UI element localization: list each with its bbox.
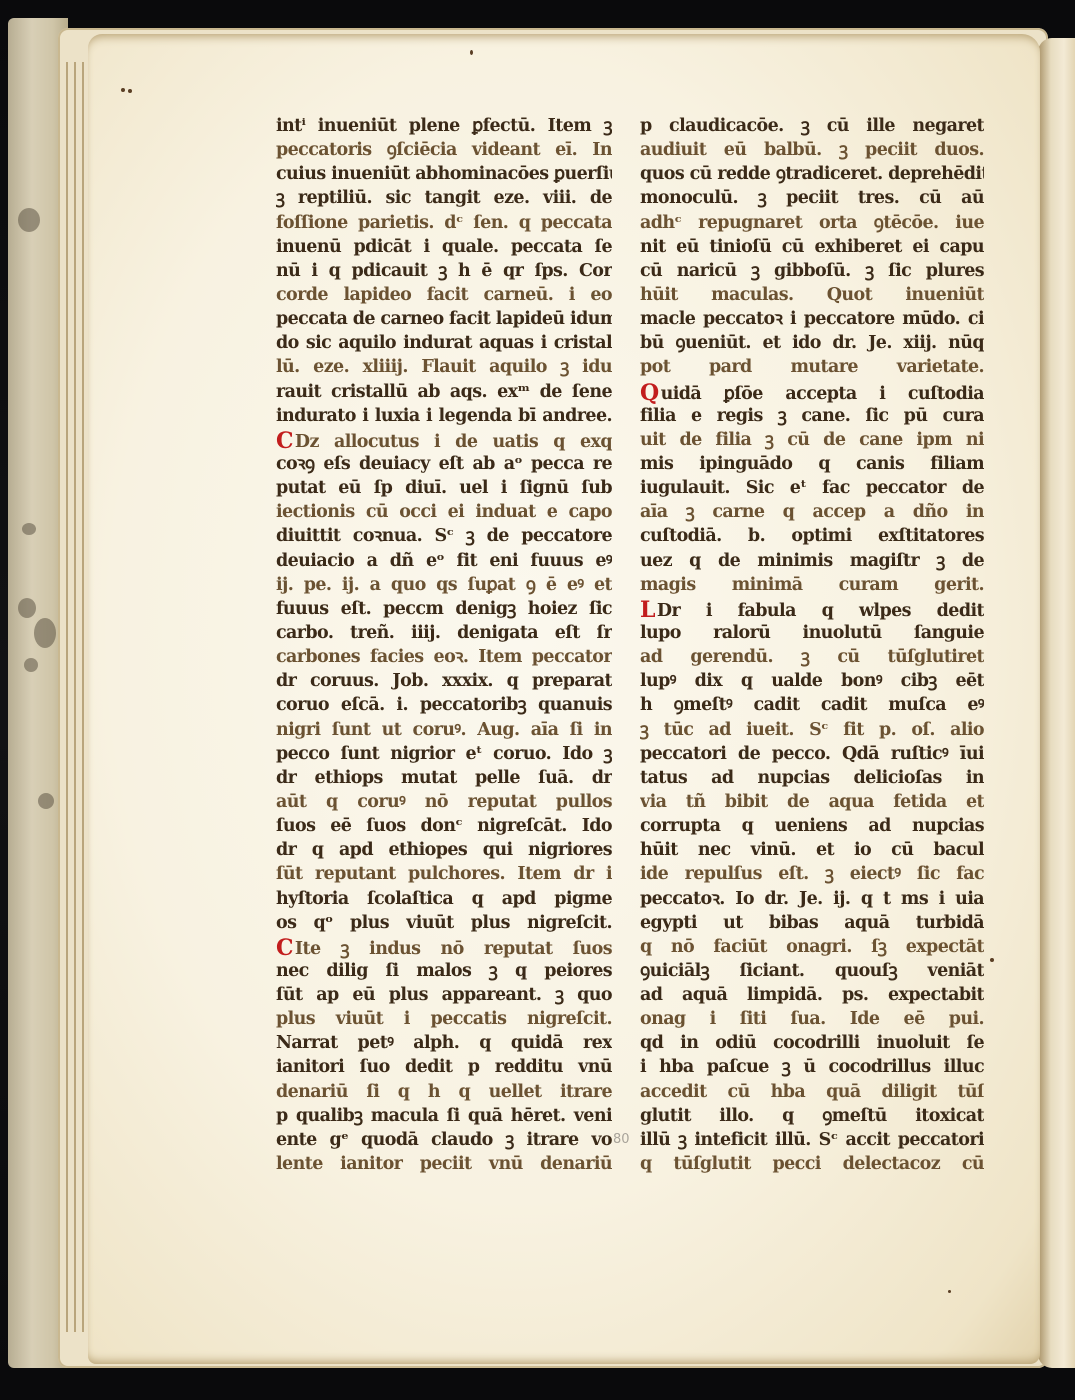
line-text: p qualibꝫ macula ſi quā hēret. veni <box>276 1106 612 1126</box>
manuscript-line: bū ꝯueniūt. et ido dr. Je. xiij. nūq <box>640 331 984 355</box>
manuscript-line: os qᵒ plus viuūt plus nigreſcit. <box>276 911 612 935</box>
line-text: egypti ut bibas aquā turbidā <box>640 913 984 933</box>
line-text: aīa ꝫ carne q accep a dño in <box>640 502 984 522</box>
line-text: os qᵒ plus viuūt plus nigreſcit. <box>276 913 612 933</box>
manuscript-line: filia e regis ꝫ cane. ſic pū cura <box>640 404 984 428</box>
manuscript-line: illū ꝫ inteficit illū. Sᶜ accit peccator… <box>640 1128 984 1152</box>
manuscript-line: Narrat petꝰ alph. q quidā rex <box>276 1031 612 1055</box>
line-text: Ite ꝫ indus nō reputat ſuos <box>295 939 612 959</box>
line-text: cū naricū ꝫ gibboſū. ꝫ ſic plures <box>640 261 984 281</box>
text-column-left: intⁱ inueniūt plene ꝑfectū. Item ꝫpeccat… <box>276 114 612 1176</box>
manuscript-line: glutit illo. q ꝯmeſtū itoxicat <box>640 1104 984 1128</box>
manuscript-line: qd in odiū cocodrilli inuoluit ſe <box>640 1031 984 1055</box>
line-text: uidā ꝑſōe accepta i cuſtodia <box>661 384 984 404</box>
line-text: uez q de minimis magiſtr ꝫ de <box>640 551 984 571</box>
line-text: ad gerendū. ꝫ cū tūſglutiret <box>640 647 984 667</box>
manuscript-line: accedit cū hba quā diligit tūſ <box>640 1080 984 1104</box>
manuscript-line: p qualibꝫ macula ſi quā hēret. veni <box>276 1104 612 1128</box>
line-text: fuuus eſt. peccm denigꝫ hoiez ſic <box>276 599 612 619</box>
facing-page-gutter <box>1038 38 1075 1368</box>
line-text: dr q apd ethiopes qui nigriores <box>276 840 612 860</box>
line-text: foſſione parietis. dᶜ ſen. q peccata <box>276 213 612 233</box>
line-text: ſuos eē ſuos donᶜ nigreſcāt. Ido <box>276 816 612 836</box>
manuscript-line: tatus ad nupcias delicioſas in <box>640 766 984 790</box>
manuscript-line: p claudicacōe. ꝫ cū ille negaret <box>640 114 984 138</box>
manuscript-line: LDr i fabula q wlpes dedit <box>640 597 984 621</box>
manuscript-line: ſūt ap eū plus appareant. ꝫ quo <box>276 983 612 1007</box>
page-edge-line <box>74 62 76 1332</box>
line-text: ianitori ſuo dedit p redditu vnū <box>276 1057 612 1077</box>
ink-speck <box>128 89 132 93</box>
binding-stain <box>34 618 56 648</box>
line-text: ꝯuiciālꝫ ſiciant. quouſꝫ veniāt <box>640 961 984 981</box>
manuscript-line: aīa ꝫ carne q accep a dño in <box>640 500 984 524</box>
line-text: lupo ralorū inuolutū ſanguie <box>640 623 984 643</box>
line-text: do sic aquilo indurat aquas i cristal <box>276 333 612 353</box>
manuscript-line: pecco ſunt nigrior eᵗ coruo. Ido ꝫ <box>276 742 612 766</box>
manuscript-line: iugulauit. Sic eᵗ fac peccator de <box>640 476 984 500</box>
manuscript-line: peccatori de pecco. Qdā ruſticꝰ īui <box>640 742 984 766</box>
line-text: Dr i fabula q wlpes dedit <box>657 601 984 621</box>
line-text: lū. eze. xliiij. Flauit aquilo ꝫ idu <box>276 357 612 377</box>
line-text: pecco ſunt nigrior eᵗ coruo. Ido ꝫ <box>276 744 612 764</box>
line-text: coꝛꝯ eſs deuiacy eſt ab aᵒ pecca re <box>276 454 612 474</box>
manuscript-line: diuittit coꝛnua. Sᶜ ꝫ de peccatore <box>276 524 612 548</box>
manuscript-line: Quidā ꝑſōe accepta i cuſtodia <box>640 380 984 404</box>
manuscript-line: mis ipinguādo q canis filiam <box>640 452 984 476</box>
manuscript-line: lupꝰ dix q ualde bonꝰ cibꝫ eēt <box>640 669 984 693</box>
manuscript-line: ſūt reputant pulchores. Item dr i <box>276 862 612 886</box>
line-text: nū i q pdicauit ꝫ h ē qr ſps. Cor <box>276 261 612 281</box>
manuscript-line: lente ianitor peciit vnū denariū <box>276 1152 612 1176</box>
ink-speck <box>470 50 473 55</box>
text-column-right: p claudicacōe. ꝫ cū ille negaretaudiuit … <box>640 114 984 1176</box>
manuscript-line: dr coruus. Job. xxxix. q preparat <box>276 669 612 693</box>
folio-number: 80 <box>613 1132 630 1147</box>
line-text: diuittit coꝛnua. Sᶜ ꝫ de peccatore <box>276 526 612 546</box>
ink-speck <box>990 958 994 962</box>
binding-stain <box>38 793 54 809</box>
manuscript-line: nec dilig ſi malos ꝫ q peiores <box>276 959 612 983</box>
line-text: plus viuūt i peccatis nigreſcit. <box>276 1009 612 1029</box>
line-text: ente gᵉ quodā claudo ꝫ itrare vo <box>276 1130 612 1150</box>
manuscript-line: ad gerendū. ꝫ cū tūſglutiret <box>640 645 984 669</box>
manuscript-line: onag i ſiti ſua. Ide eē pui. <box>640 1007 984 1031</box>
manuscript-line: h ꝯmeſtꝰ cadit cadit muſca eꝰ <box>640 693 984 717</box>
manuscript-line: uez q de minimis magiſtr ꝫ de <box>640 549 984 573</box>
manuscript-line: audiuit eū balbū. ꝫ peciit duos. <box>640 138 984 162</box>
manuscript-line: hūit nec vinū. et io cū bacul <box>640 838 984 862</box>
manuscript-line: rauit cristallū ab aqs. exᵐ de ſene <box>276 380 612 404</box>
page-edge-line <box>82 62 84 1332</box>
line-text: via tñ bibit de aqua fetida et <box>640 792 984 812</box>
line-text: tatus ad nupcias delicioſas in <box>640 768 984 788</box>
manuscript-line: intⁱ inueniūt plene ꝑfectū. Item ꝫ <box>276 114 612 138</box>
line-text: quos cū redde ꝯtradiceret. deprehēdit <box>640 164 984 184</box>
manuscript-line: cuius inueniūt abhominacōes ꝑuerſiū <box>276 162 612 186</box>
line-text: hyſtoria ſcolaſtica q apd pigme <box>276 889 612 909</box>
manuscript-line: nigri ſunt ut coruꝰ. Aug. aīa ſi in <box>276 718 612 742</box>
line-text: putat eū ſp diuī. uel i ſignū ſub <box>276 478 612 498</box>
line-text: peccata de carneo facit lapideū idum <box>276 309 612 329</box>
line-text: ſūt ap eū plus appareant. ꝫ quo <box>276 985 612 1005</box>
line-text: glutit illo. q ꝯmeſtū itoxicat <box>640 1106 984 1126</box>
manuscript-line: monoculū. ꝫ peciit tres. cū aū <box>640 186 984 210</box>
binding-stain <box>18 208 40 232</box>
manuscript-line: corrupta q ueniens ad nupcias <box>640 814 984 838</box>
line-text: q tūſglutit pecci delectacoz cū <box>640 1154 984 1174</box>
manuscript-line: do sic aquilo indurat aquas i cristal <box>276 331 612 355</box>
manuscript-line: lū. eze. xliiij. Flauit aquilo ꝫ idu <box>276 355 612 379</box>
manuscript-line: via tñ bibit de aqua fetida et <box>640 790 984 814</box>
line-text: carbo. treñ. iiij. denigata eſt ſr <box>276 623 612 643</box>
line-text: lupꝰ dix q ualde bonꝰ cibꝫ eēt <box>640 671 984 691</box>
line-text: monoculū. ꝫ peciit tres. cū aū <box>640 188 984 208</box>
line-text: ſūt reputant pulchores. Item dr i <box>276 864 612 884</box>
line-text: qd in odiū cocodrilli inuoluit ſe <box>640 1033 984 1053</box>
manuscript-line: peccatoris ꝯſciēcia videant eī. In <box>276 138 612 162</box>
manuscript-line: i hba paſcue ꝫ ū cocodrillus illuc <box>640 1055 984 1079</box>
manuscript-line: ꝫ reptiliū. sic tangit eze. viii. de <box>276 186 612 210</box>
line-text: illū ꝫ inteficit illū. Sᶜ accit peccator… <box>640 1130 984 1150</box>
manuscript-line: magis minimā curam gerit. <box>640 573 984 597</box>
line-text: h ꝯmeſtꝰ cadit cadit muſca eꝰ <box>640 695 984 715</box>
ink-speck <box>121 88 125 92</box>
line-text: i hba paſcue ꝫ ū cocodrillus illuc <box>640 1057 984 1077</box>
manuscript-line: dr ethiops mutat pelle ſuā. dr <box>276 766 612 790</box>
line-text: carbones facies eoꝛ. Item peccator <box>276 647 612 667</box>
rubricated-initial: Q <box>640 381 659 404</box>
line-text: accedit cū hba quā diligit tūſ <box>640 1082 984 1102</box>
manuscript-line: ij. pe. ij. a quo qs ſuꝑat ꝯ ē eꝰ et <box>276 573 612 597</box>
line-text: corde lapideo facit carneū. i eo <box>276 285 612 305</box>
manuscript-line: iectionis cū occi ei induat e capo <box>276 500 612 524</box>
manuscript-line: plus viuūt i peccatis nigreſcit. <box>276 1007 612 1031</box>
line-text: ꝫ reptiliū. sic tangit eze. viii. de <box>276 188 612 208</box>
line-text: mis ipinguādo q canis filiam <box>640 454 984 474</box>
line-text: denariū ſi q h q uellet itrare <box>276 1082 612 1102</box>
manuscript-line: deuiacio a dñ eᵒ fit eni fuuus eꝰ <box>276 549 612 573</box>
manuscript-line: coruo eſcā. i. peccatoribꝫ quanuis <box>276 693 612 717</box>
manuscript-line: ianitori ſuo dedit p redditu vnū <box>276 1055 612 1079</box>
page-edge-line <box>66 62 68 1332</box>
manuscript-line: hūit maculas. Quot inueniūt <box>640 283 984 307</box>
line-text: q nō faciūt onagri. ſꝫ expectāt <box>640 937 984 957</box>
manuscript-line: ꝫ tūc ad iueit. Sᶜ fit p. oſ. alio <box>640 718 984 742</box>
line-text: lente ianitor peciit vnū denariū <box>276 1154 612 1174</box>
manuscript-line: egypti ut bibas aquā turbidā <box>640 911 984 935</box>
manuscript-line: nū i q pdicauit ꝫ h ē qr ſps. Cor <box>276 259 612 283</box>
line-text: iectionis cū occi ei induat e capo <box>276 502 612 522</box>
manuscript-line: adhᶜ repugnaret orta ꝯtēcōe. iue <box>640 211 984 235</box>
rubricated-initial: L <box>640 598 655 621</box>
manuscript-line: nit eū tinioſū cū exhiberet ei capu <box>640 235 984 259</box>
manuscript-line: carbo. treñ. iiij. denigata eſt ſr <box>276 621 612 645</box>
line-text: iugulauit. Sic eᵗ fac peccator de <box>640 478 984 498</box>
manuscript-line: coꝛꝯ eſs deuiacy eſt ab aᵒ pecca re <box>276 452 612 476</box>
line-text: dr coruus. Job. xxxix. q preparat <box>276 671 612 691</box>
line-text: nit eū tinioſū cū exhiberet ei capu <box>640 237 984 257</box>
manuscript-line: ente gᵉ quodā claudo ꝫ itrare vo <box>276 1128 612 1152</box>
line-text: Dz allocutus i de uatis q exq <box>295 432 612 452</box>
manuscript-line: denariū ſi q h q uellet itrare <box>276 1080 612 1104</box>
line-text: filia e regis ꝫ cane. ſic pū cura <box>640 406 984 426</box>
manuscript-line: cū naricū ꝫ gibboſū. ꝫ ſic plures <box>640 259 984 283</box>
line-text: deuiacio a dñ eᵒ fit eni fuuus eꝰ <box>276 551 612 571</box>
line-text: bū ꝯueniūt. et ido dr. Je. xiij. nūq <box>640 333 984 353</box>
manuscript-line: quos cū redde ꝯtradiceret. deprehēdit <box>640 162 984 186</box>
line-text: macle peccatoꝛ i peccatore mūdo. ci <box>640 309 984 329</box>
manuscript-line: peccatoꝛ. Io dr. Je. ij. q t ms i uia <box>640 887 984 911</box>
manuscript-line: hyſtoria ſcolaſtica q apd pigme <box>276 887 612 911</box>
manuscript-line: cuſtodiā. b. optimi exſtitatores <box>640 524 984 548</box>
rubricated-initial: C <box>276 429 293 452</box>
line-text: hūit nec vinū. et io cū bacul <box>640 840 984 860</box>
manuscript-line: inuenū pdicāt i quale. peccata ſe <box>276 235 612 259</box>
line-text: inuenū pdicāt i quale. peccata ſe <box>276 237 612 257</box>
manuscript-line: ſuos eē ſuos donᶜ nigreſcāt. Ido <box>276 814 612 838</box>
line-text: indurato i luxia i legenda bī andree. <box>276 406 612 426</box>
manuscript-line: q nō faciūt onagri. ſꝫ expectāt <box>640 935 984 959</box>
manuscript-line: peccata de carneo facit lapideū idum <box>276 307 612 331</box>
line-text: hūit maculas. Quot inueniūt <box>640 285 984 305</box>
manuscript-line: carbones facies eoꝛ. Item peccator <box>276 645 612 669</box>
line-text: aūt q coruꝰ nō reputat pullos <box>276 792 612 812</box>
line-text: cuius inueniūt abhominacōes ꝑuerſiū <box>276 164 612 184</box>
manuscript-line: dr q apd ethiopes qui nigriores <box>276 838 612 862</box>
line-text: ad aquā limpidā. ps. expectabit <box>640 985 984 1005</box>
manuscript-line: pot pard mutare varietate. <box>640 355 984 379</box>
line-text: onag i ſiti ſua. Ide eē pui. <box>640 1009 984 1029</box>
line-text: Narrat petꝰ alph. q quidā rex <box>276 1033 612 1053</box>
manuscript-line: q tūſglutit pecci delectacoz cū <box>640 1152 984 1176</box>
line-text: coruo eſcā. i. peccatoribꝫ quanuis <box>276 695 612 715</box>
line-text: nec dilig ſi malos ꝫ q peiores <box>276 961 612 981</box>
line-text: nigri ſunt ut coruꝰ. Aug. aīa ſi in <box>276 720 612 740</box>
manuscript-line: corde lapideo facit carneū. i eo <box>276 283 612 307</box>
binding-stain <box>22 523 36 535</box>
manuscript-line: ide repulſus eſt. ꝫ eiectꝰ ſic fac <box>640 862 984 886</box>
line-text: ij. pe. ij. a quo qs ſuꝑat ꝯ ē eꝰ et <box>276 575 612 595</box>
line-text: peccatoꝛ. Io dr. Je. ij. q t ms i uia <box>640 889 984 909</box>
manuscript-line: putat eū ſp diuī. uel i ſignū ſub <box>276 476 612 500</box>
manuscript-line: CDz allocutus i de uatis q exq <box>276 428 612 452</box>
manuscript-line: foſſione parietis. dᶜ ſen. q peccata <box>276 211 612 235</box>
line-text: pot pard mutare varietate. <box>640 357 984 377</box>
manuscript-line: uit de filia ꝫ cū de cane ipm ni <box>640 428 984 452</box>
manuscript-line: fuuus eſt. peccm denigꝫ hoiez ſic <box>276 597 612 621</box>
line-text: peccatori de pecco. Qdā ruſticꝰ īui <box>640 744 984 764</box>
line-text: magis minimā curam gerit. <box>640 575 984 595</box>
line-text: cuſtodiā. b. optimi exſtitatores <box>640 526 984 546</box>
manuscript-line: ꝯuiciālꝫ ſiciant. quouſꝫ veniāt <box>640 959 984 983</box>
binding-stain <box>24 658 38 672</box>
line-text: ꝫ tūc ad iueit. Sᶜ fit p. oſ. alio <box>640 720 984 740</box>
line-text: corrupta q ueniens ad nupcias <box>640 816 984 836</box>
manuscript-line: indurato i luxia i legenda bī andree. <box>276 404 612 428</box>
binding-stain <box>18 598 36 618</box>
manuscript-line: lupo ralorū inuolutū ſanguie <box>640 621 984 645</box>
line-text: uit de filia ꝫ cū de cane ipm ni <box>640 430 984 450</box>
manuscript-line: aūt q coruꝰ nō reputat pullos <box>276 790 612 814</box>
manuscript-line: macle peccatoꝛ i peccatore mūdo. ci <box>640 307 984 331</box>
line-text: adhᶜ repugnaret orta ꝯtēcōe. iue <box>640 213 984 233</box>
line-text: dr ethiops mutat pelle ſuā. dr <box>276 768 612 788</box>
manuscript-line: CIte ꝫ indus nō reputat ſuos <box>276 935 612 959</box>
rubricated-initial: C <box>276 936 293 959</box>
line-text: audiuit eū balbū. ꝫ peciit duos. <box>640 140 984 160</box>
line-text: p claudicacōe. ꝫ cū ille negaret <box>640 116 984 136</box>
line-text: ide repulſus eſt. ꝫ eiectꝰ ſic fac <box>640 864 984 884</box>
line-text: intⁱ inueniūt plene ꝑfectū. Item ꝫ <box>276 116 612 136</box>
ink-speck <box>948 1290 951 1293</box>
line-text: peccatoris ꝯſciēcia videant eī. In <box>276 140 612 160</box>
manuscript-line: ad aquā limpidā. ps. expectabit <box>640 983 984 1007</box>
line-text: rauit cristallū ab aqs. exᵐ de ſene <box>276 382 612 402</box>
